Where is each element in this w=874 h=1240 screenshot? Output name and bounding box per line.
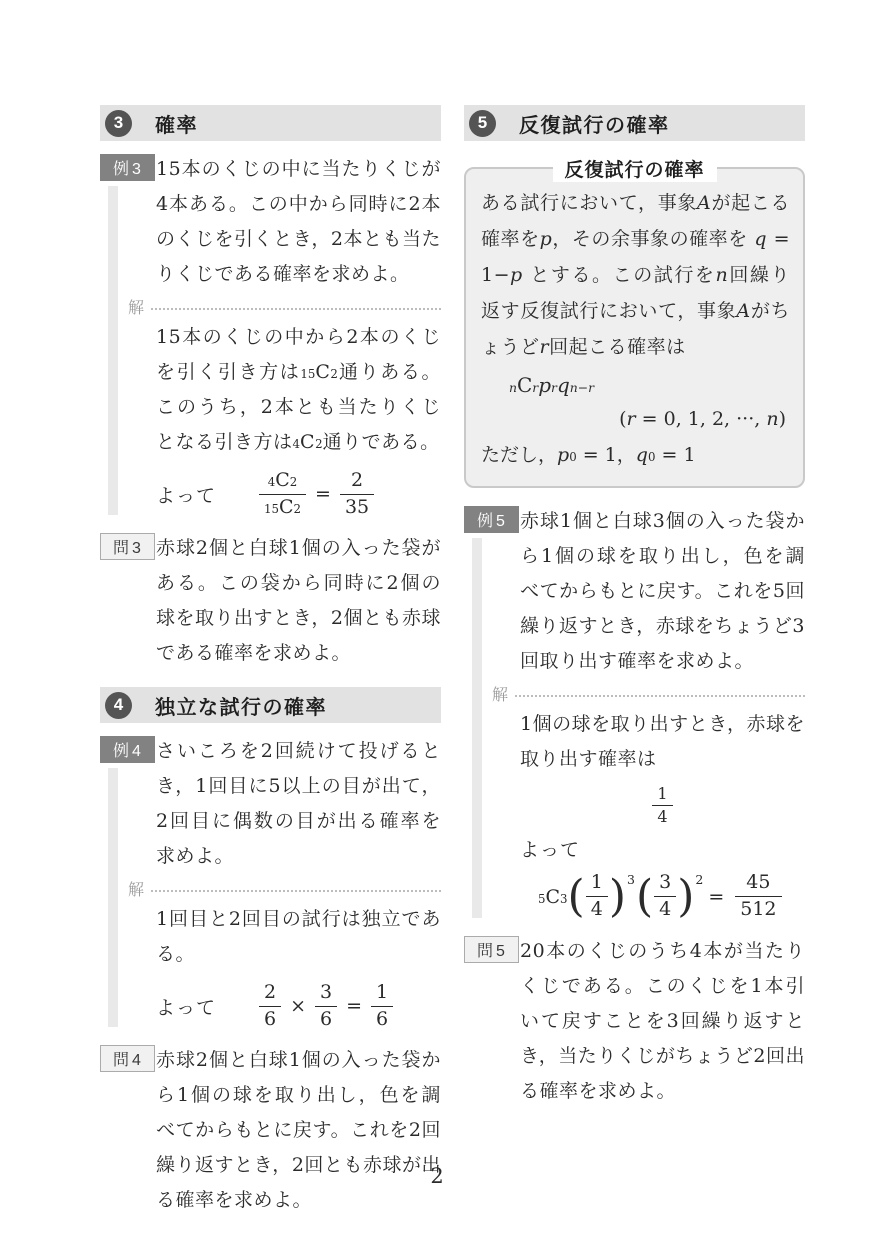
- combination-symbol: C: [315, 361, 330, 383]
- combination-pre-subscript: 15: [300, 367, 315, 381]
- fraction-numerator: 1: [586, 872, 608, 896]
- example-3-conclusion-formula: よって 4C2 15C2 = 2 35: [156, 469, 441, 519]
- section-4-title: 独立な試行の確率: [155, 691, 327, 720]
- variable-p: p: [540, 228, 553, 250]
- fraction: 2 35: [340, 470, 374, 519]
- combination-symbol: C: [279, 496, 294, 518]
- close-paren: ): [779, 408, 786, 430]
- question-4-text: 赤球2個と白球1個の入った袋から1個の球を取り出し，色を調べてからもとに戻す。こ…: [156, 1043, 441, 1218]
- open-paren: (: [619, 408, 626, 430]
- example-4-problem-text: さいころを2回続けて投げるとき，1回目に5以上の目が出て，2回目に偶数の目が出る…: [156, 734, 441, 874]
- combination-subscript: 2: [294, 502, 302, 516]
- question-5-block: 問5 20本のくじのうち4本が当たりくじである。このくじを1本引いて戻すことを3…: [464, 934, 805, 1109]
- section-3-number-badge: 3: [105, 110, 132, 137]
- fraction-denominator: 15C2: [259, 494, 306, 519]
- equals-sign: =: [346, 995, 362, 1017]
- example-5-block: 例5 赤球1個と白球3個の入った袋から1個の球を取り出し，色を調べてからもとに戻…: [464, 504, 805, 922]
- example-5-solution-text: 1個の球を取り出すとき，赤球を取り出す確率は: [520, 707, 805, 777]
- parenthesized-fraction-power: ( 1 4 ) 3: [568, 872, 636, 921]
- fraction: 3 6: [315, 982, 337, 1031]
- combination-term: 5C3: [538, 886, 568, 908]
- equals-sign: =: [708, 886, 724, 908]
- fraction-denominator: 35: [340, 494, 374, 519]
- multiplication-sign: ×: [290, 995, 306, 1017]
- example-3-block: 例3 15本のくじの中に当たりくじが4本ある。この中から同時に2本のくじを引くと…: [100, 152, 441, 519]
- combination-pre-subscript: 5: [538, 892, 546, 906]
- range-values: = 0, 1, 2, ···,: [636, 408, 767, 430]
- section-5-title: 反復試行の確率: [519, 109, 670, 138]
- therefore-label: よって: [156, 481, 216, 508]
- question-5-text: 20本のくじのうち4本が当たりくじである。このくじを1本引いて戻すことを3回繰り…: [520, 934, 805, 1109]
- solution-label: 解: [128, 295, 144, 318]
- combination-symbol: C: [275, 469, 290, 491]
- section-3-header: 3 確率: [100, 105, 441, 141]
- example-4-vertical-bar: [108, 768, 118, 1027]
- fraction-numerator: 1: [652, 785, 672, 805]
- example-5-conclusion-formula: 5C3 ( 1 4 ) 3 ( 3 4 ) 2 = 4: [520, 872, 805, 922]
- therefore-label: よって: [520, 833, 805, 868]
- variable-p: p: [557, 444, 569, 466]
- combination-subscript: 2: [290, 475, 298, 489]
- variable-A: A: [736, 300, 750, 322]
- example-4-block: 例4 さいころを2回続けて投げるとき，1回目に5以上の目が出て，2回目に偶数の目…: [100, 734, 441, 1031]
- box-text-segment: とする。この試行を: [523, 264, 716, 286]
- example-4-solution-divider: 解: [128, 877, 441, 899]
- box-text-segment: ある試行において，事象: [481, 192, 697, 214]
- question-4-badge: 問4: [100, 1045, 155, 1072]
- example-3-solution-divider: 解: [128, 295, 441, 317]
- centered-fraction-line: 1 4: [520, 785, 805, 827]
- repeated-trials-definition-box: 反復試行の確率 ある試行において，事象Aが起こる確率をp，その余事象の確率を q…: [464, 167, 805, 488]
- combination-pre-subscript: n: [509, 380, 517, 395]
- fraction-numerator: 45: [735, 872, 781, 896]
- fraction-denominator: 6: [259, 1006, 281, 1031]
- question-4-block: 問4 赤球2個と白球1個の入った袋から1個の球を取り出し，色を調べてからもとに戻…: [100, 1043, 441, 1218]
- dotted-rule: [515, 695, 805, 697]
- combination-subscript: 2: [330, 367, 338, 381]
- fraction: 4C2 15C2: [259, 470, 306, 519]
- therefore-label: よって: [156, 993, 216, 1020]
- fraction: 45 512: [735, 872, 781, 921]
- formula-range-line: (r = 0, 1, 2, ···, n): [481, 402, 790, 436]
- close-paren: ): [677, 877, 694, 917]
- variable-n: n: [716, 264, 729, 286]
- definition-box-text: ある試行において，事象Aが起こる確率をp，その余事象の確率を q = 1−p と…: [481, 185, 790, 365]
- combination-subscript: 3: [560, 892, 568, 906]
- fraction-denominator: 6: [315, 1006, 337, 1031]
- variable-r: r: [627, 408, 636, 430]
- section-4-number-badge: 4: [105, 692, 132, 719]
- open-paren: (: [568, 877, 585, 917]
- combination-pre-subscript: 4: [293, 437, 301, 451]
- solution-text-segment: 通りである。: [323, 431, 440, 453]
- fraction-denominator: 512: [735, 896, 781, 921]
- dotted-rule: [151, 308, 441, 310]
- variable-p: p: [538, 373, 551, 397]
- example-4-conclusion-formula: よって 2 6 × 3 6 = 1 6: [156, 981, 441, 1031]
- question-3-block: 問3 赤球2個と白球1個の入った袋がある。この袋から同時に2個の球を取り出すとき…: [100, 531, 441, 671]
- question-3-badge: 問3: [100, 533, 155, 560]
- fraction-denominator: 4: [654, 896, 676, 921]
- section-5-number-badge: 5: [469, 110, 496, 137]
- fraction-numerator: 3: [315, 982, 337, 1006]
- note-text: ただし，: [481, 444, 557, 466]
- variable-q: q: [636, 444, 648, 466]
- example-5-problem-text: 赤球1個と白球3個の入った袋から1個の球を取り出し，色を調べてからもとに戻す。こ…: [520, 504, 805, 679]
- dotted-rule: [151, 890, 441, 892]
- combination-symbol: C: [517, 373, 532, 397]
- variable-q: q: [754, 228, 767, 250]
- variable-A: A: [697, 192, 711, 214]
- definition-box-title: 反復試行の確率: [552, 155, 716, 182]
- formula-note-line: ただし，p0 = 1，q0 = 1: [481, 437, 790, 474]
- fraction-denominator: 6: [371, 1006, 393, 1031]
- note-text: = 1: [655, 444, 695, 466]
- binomial-probability-formula: nCrprqn−r: [481, 368, 790, 402]
- exponent: 2: [695, 872, 703, 887]
- page-number: 2: [0, 1164, 874, 1188]
- section-4-header: 4 独立な試行の確率: [100, 687, 441, 723]
- fraction-numerator: 2: [340, 470, 374, 494]
- example-3-badge: 例3: [100, 154, 155, 181]
- variable-q: q: [557, 373, 570, 397]
- variable-p: p: [510, 264, 523, 286]
- example-4-badge: 例4: [100, 736, 155, 763]
- example-3-problem-text: 15本のくじの中に当たりくじが4本ある。この中から同時に2本のくじを引くとき，2…: [156, 152, 441, 292]
- example-3-solution-text: 15本のくじの中から2本のくじを引く引き方は15C2通りある。このうち，2本とも…: [156, 320, 441, 460]
- fraction: 2 6: [259, 982, 281, 1031]
- combination-symbol: C: [546, 886, 561, 908]
- left-column: 3 確率 例3 15本のくじの中に当たりくじが4本ある。この中から同時に2本のく…: [100, 105, 441, 1230]
- close-paren: ): [609, 877, 626, 917]
- box-text-segment: ，その余事象の確率を: [552, 228, 754, 250]
- question-3-text: 赤球2個と白球1個の入った袋がある。この袋から同時に2個の球を取り出すとき，2個…: [156, 531, 441, 671]
- fraction: 1 6: [371, 982, 393, 1031]
- exponent-n-minus-r: n−r: [570, 380, 594, 395]
- box-text-segment: 回起こる確率は: [549, 336, 686, 358]
- fraction-denominator: 4: [652, 805, 672, 826]
- equals-sign: =: [315, 483, 331, 505]
- fraction: 1 4: [586, 872, 608, 921]
- fraction: 1 4: [652, 785, 672, 827]
- fraction-numerator: 4C2: [259, 470, 306, 494]
- example-5-vertical-bar: [472, 538, 482, 918]
- right-column: 5 反復試行の確率 反復試行の確率 ある試行において，事象Aが起こる確率をp，そ…: [464, 105, 805, 1121]
- solution-label: 解: [492, 682, 508, 705]
- open-paren: (: [636, 877, 653, 917]
- parenthesized-fraction-power: ( 3 4 ) 2: [636, 872, 704, 921]
- example-3-vertical-bar: [108, 186, 118, 515]
- example-5-badge: 例5: [464, 506, 519, 533]
- example-5-solution-divider: 解: [492, 682, 805, 704]
- combination-subscript: 2: [315, 437, 323, 451]
- section-3-title: 確率: [155, 109, 198, 138]
- example-4-solution-text: 1回目と2回目の試行は独立である。: [156, 902, 441, 972]
- variable-r: r: [540, 336, 550, 358]
- fraction-denominator: 4: [586, 896, 608, 921]
- section-5-header: 5 反復試行の確率: [464, 105, 805, 141]
- combination-symbol: C: [300, 431, 315, 453]
- fraction-numerator: 3: [654, 872, 676, 896]
- fraction-numerator: 1: [371, 982, 393, 1006]
- variable-n: n: [766, 408, 778, 430]
- exponent-zero: 0: [569, 450, 577, 464]
- fraction-numerator: 2: [259, 982, 281, 1006]
- fraction: 3 4: [654, 872, 676, 921]
- exponent: 3: [627, 872, 635, 887]
- solution-label: 解: [128, 877, 144, 900]
- note-text: = 1，: [577, 444, 636, 466]
- combination-pre-subscript: 15: [264, 502, 279, 516]
- question-5-badge: 問5: [464, 936, 519, 963]
